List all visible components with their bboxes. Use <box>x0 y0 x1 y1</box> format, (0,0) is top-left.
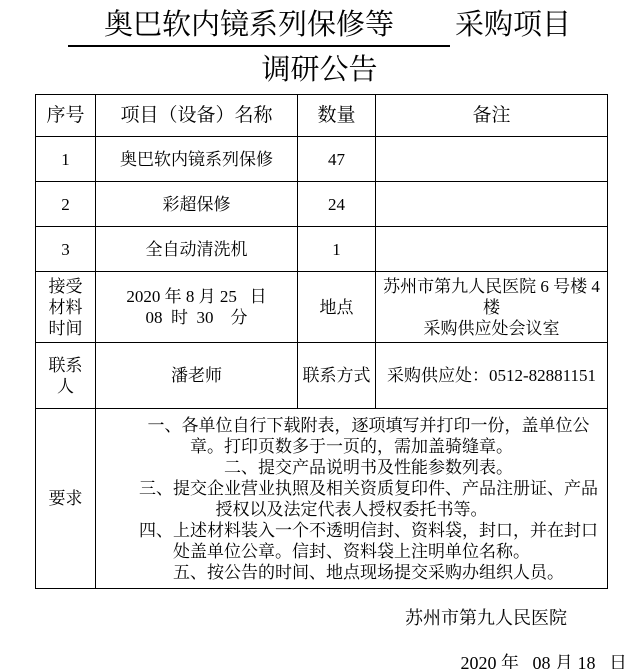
contact-method-label: 联系方式 <box>298 343 376 409</box>
announcement-document: 奥巴软内镜系列保修等采购项目 调研公告 序号 项目（设备）名称 数量 备注 1 … <box>0 0 639 669</box>
announcement-table: 序号 项目（设备）名称 数量 备注 1 奥巴软内镜系列保修 47 2 彩超保修 … <box>35 94 608 589</box>
item-name: 彩超保修 <box>96 182 298 227</box>
item-qty: 47 <box>298 137 376 182</box>
title-project-name-underlined: 奥巴软内镜系列保修等 <box>68 7 450 47</box>
requirements-body: 一、各单位自行下载附表，逐项填写并打印一份，盖单位公章。打印页数多于一页的，需加… <box>96 409 608 589</box>
table-row: 1 奥巴软内镜系列保修 47 <box>36 137 608 182</box>
contact-name: 潘老师 <box>96 343 298 409</box>
title-line-1: 奥巴软内镜系列保修等采购项目 <box>0 7 639 47</box>
item-qty: 24 <box>298 182 376 227</box>
item-note <box>376 182 608 227</box>
contact-label: 联系 人 <box>36 343 96 409</box>
requirements-row: 要求 一、各单位自行下载附表，逐项填写并打印一份，盖单位公章。打印页数多于一页的… <box>36 409 608 589</box>
header-cell-note: 备注 <box>376 95 608 137</box>
title-line-2: 调研公告 <box>0 53 639 87</box>
table-row: 2 彩超保修 24 <box>36 182 608 227</box>
requirement-item-4: 四、上述材料装入一个不透明信封、资料袋，封口，并在封口处盖单位公章。信封、资料袋… <box>99 520 604 562</box>
title-procurement-suffix: 采购项目 <box>455 7 571 43</box>
header-cell-qty: 数量 <box>298 95 376 137</box>
accept-time-row: 接受 材料 时间 2020 年 8 月 25 日 08 时 30 分 地点 苏州… <box>36 272 608 343</box>
contact-method-value: 采购供应处：0512-82881151 <box>376 343 608 409</box>
requirement-item-5: 五、按公告的时间、地点现场提交采购办组织人员。 <box>99 562 604 583</box>
requirement-item-2: 二、提交产品说明书及性能参数列表。 <box>99 457 604 478</box>
place-value: 苏州市第九人民医院 6 号楼 4 楼 采购供应处会议室 <box>376 272 608 343</box>
table-row: 3 全自动清洗机 1 <box>36 227 608 272</box>
accept-time-label: 接受 材料 时间 <box>36 272 96 343</box>
item-name: 全自动清洗机 <box>96 227 298 272</box>
place-label: 地点 <box>298 272 376 343</box>
item-seq: 3 <box>36 227 96 272</box>
requirement-item-3: 三、提交企业营业执照及相关资质复印件、产品注册证、产品授权以及法定代表人授权委托… <box>99 478 604 520</box>
item-seq: 1 <box>36 137 96 182</box>
item-name: 奥巴软内镜系列保修 <box>96 137 298 182</box>
item-note <box>376 227 608 272</box>
item-note <box>376 137 608 182</box>
requirements-label: 要求 <box>36 409 96 589</box>
issuer-organization: 苏州市第九人民医院 <box>0 604 639 630</box>
accept-time-value: 2020 年 8 月 25 日 08 时 30 分 <box>96 272 298 343</box>
table-header-row: 序号 项目（设备）名称 数量 备注 <box>36 95 608 137</box>
contact-row: 联系 人 潘老师 联系方式 采购供应处：0512-82881151 <box>36 343 608 409</box>
requirement-item-1: 一、各单位自行下载附表，逐项填写并打印一份，盖单位公章。打印页数多于一页的，需加… <box>99 415 604 457</box>
issue-date: 2020 年 08 月 18 日 <box>0 649 639 669</box>
header-cell-name: 项目（设备）名称 <box>96 95 298 137</box>
document-title: 奥巴软内镜系列保修等采购项目 调研公告 <box>0 0 639 87</box>
item-seq: 2 <box>36 182 96 227</box>
header-cell-seq: 序号 <box>36 95 96 137</box>
item-qty: 1 <box>298 227 376 272</box>
